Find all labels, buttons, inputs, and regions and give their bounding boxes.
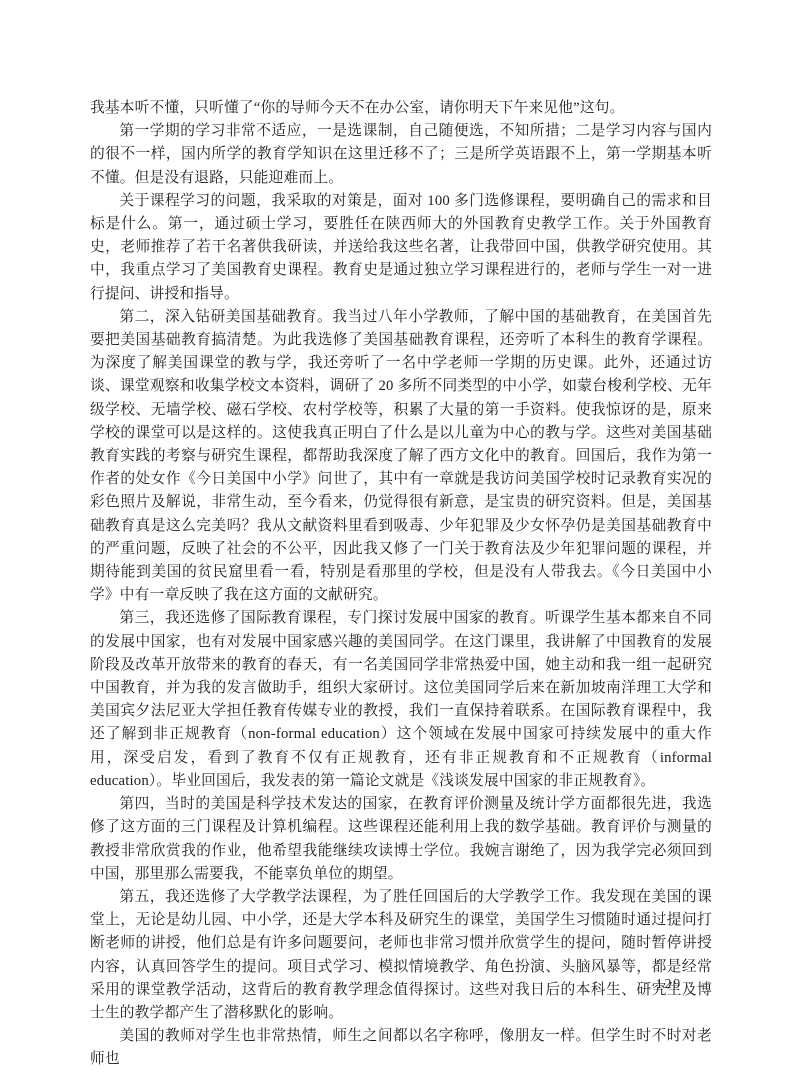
paragraph: 第一学期的学习非常不适应，一是选课制，自己随便选，不知所措；二是学习内容与国内的… [90, 120, 712, 190]
paragraph: 关于课程学习的问题，我采取的对策是，面对 100 多门选修课程，要明确自己的需求… [90, 190, 712, 306]
paragraph: 第四，当时的美国是科学技术发达的国家，在教育评价测量及统计学方面都很先进，我选修… [90, 793, 712, 886]
paragraph-continuation: 我基本听不懂，只听懂了“你的导师今天不在办公室，请你明天下午来见他”这句。 [90, 97, 712, 120]
paragraph: 第五，我还选修了大学教学法课程，为了胜任回国后的大学教学工作。我发现在美国的课堂… [90, 886, 712, 1025]
page-number: · 129 · [644, 976, 694, 992]
paragraph: 第二，深入钻研美国基础教育。我当过八年小学教师，了解中国的基础教育，在美国首先要… [90, 306, 712, 608]
text-block: 我基本听不懂，只听懂了“你的导师今天不在办公室，请你明天下午来见他”这句。 第一… [90, 97, 712, 1072]
book-page: 我基本听不懂，只听懂了“你的导师今天不在办公室，请你明天下午来见他”这句。 第一… [0, 0, 800, 1077]
paragraph: 第三，我还选修了国际教育课程，专门探讨发展中国家的教育。听课学生基本都来自不同的… [90, 607, 712, 793]
paragraph: 美国的教师对学生也非常热情，师生之间都以名字称呼，像朋友一样。但学生时不时对老师… [90, 1025, 712, 1071]
